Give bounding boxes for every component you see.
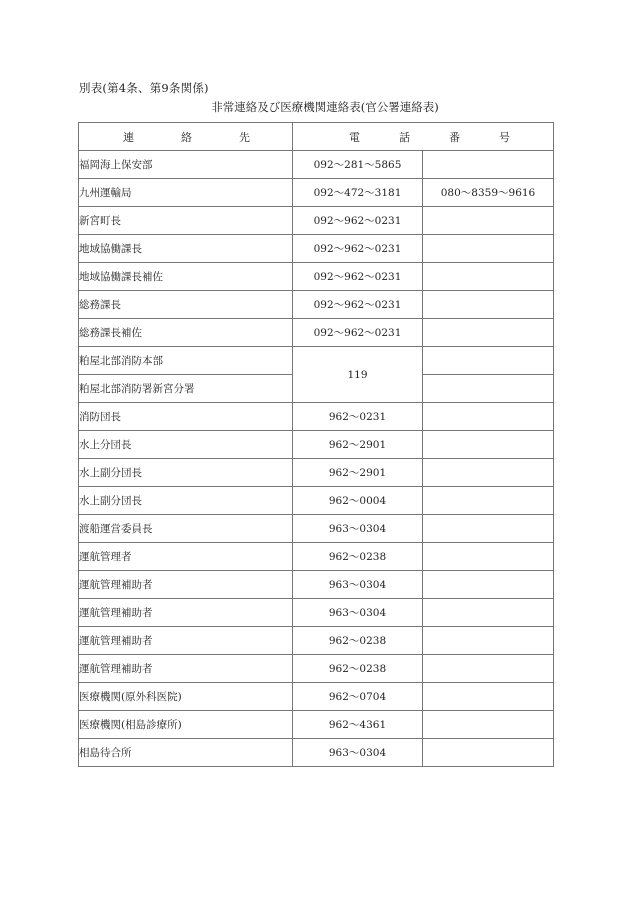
phone-number-alt: [423, 459, 554, 487]
header-contact: 連 絡 先: [79, 123, 293, 151]
phone-number: 092～962～0231: [293, 291, 423, 319]
contact-name: 医療機関(原外科医院): [79, 683, 293, 711]
phone-number: 962～0238: [293, 627, 423, 655]
phone-number: 092～962～0231: [293, 319, 423, 347]
phone-number: 962～0238: [293, 543, 423, 571]
table-row: 運航管理補助者 962～0238: [79, 655, 554, 683]
phone-number-alt: [423, 151, 554, 179]
phone-number: 962～2901: [293, 431, 423, 459]
phone-number-alt: [423, 291, 554, 319]
table-row: 運航管理補助者 962～0238: [79, 627, 554, 655]
phone-number: 963～0304: [293, 571, 423, 599]
contact-name: 地域協働課長補佐: [79, 263, 293, 291]
phone-number-merged: 119: [293, 347, 423, 403]
table-row: 運航管理補助者 963～0304: [79, 571, 554, 599]
header-contact-char: 連: [123, 129, 134, 145]
phone-number-alt: [423, 739, 554, 767]
header-contact-char: 絡: [181, 129, 192, 145]
contact-name: 運航管理補助者: [79, 627, 293, 655]
phone-number-alt: [423, 655, 554, 683]
contact-name: 九州運輸局: [79, 179, 293, 207]
contact-name: 水上副分団長: [79, 459, 293, 487]
contact-name: 総務課長: [79, 291, 293, 319]
contact-name: 渡船運営委員長: [79, 515, 293, 543]
phone-number-alt: [423, 487, 554, 515]
table-row: 総務課長 092～962～0231: [79, 291, 554, 319]
phone-number-alt: [423, 571, 554, 599]
table-row: 運航管理者 962～0238: [79, 543, 554, 571]
header-row: 連 絡 先 電 話 番 号: [79, 123, 554, 151]
table-row: 医療機関(相島診療所) 962～4361: [79, 711, 554, 739]
contact-name: 消防団長: [79, 403, 293, 431]
table-row: 水上副分団長 962～0004: [79, 487, 554, 515]
header-phone-char: 番: [449, 129, 460, 145]
document-title: 非常連絡及び医療機関連絡表(官公署連絡表): [0, 99, 630, 115]
table-row: 福岡海上保安部 092～281～5865: [79, 151, 554, 179]
contact-name: 粕屋北部消防署新宮分署: [79, 375, 293, 403]
phone-number-alt: [423, 319, 554, 347]
phone-number-alt: [423, 207, 554, 235]
table-row: 粕屋北部消防本部 119: [79, 347, 554, 375]
phone-number-alt: [423, 599, 554, 627]
title-text: 非常連絡及び医療機関連絡表(官公署連絡表): [211, 99, 438, 115]
contact-name: 相島待合所: [79, 739, 293, 767]
table-row: 医療機関(原外科医院) 962～0704: [79, 683, 554, 711]
table-row: 相島待合所 963～0304: [79, 739, 554, 767]
phone-number: 092～962～0231: [293, 263, 423, 291]
header-phone-char: 話: [399, 129, 410, 145]
phone-number: 963～0304: [293, 599, 423, 627]
header-phone-char: 電: [349, 129, 360, 145]
contact-table: 連 絡 先 電 話 番 号 福岡海上保安部 092～281～5865 九州運輸局: [78, 122, 554, 767]
table-row: 地域協働課長 092～962～0231: [79, 235, 554, 263]
phone-number-alt: [423, 431, 554, 459]
contact-name: 運航管理補助者: [79, 655, 293, 683]
table-row: 渡船運営委員長 963～0304: [79, 515, 554, 543]
phone-number-alt: [423, 375, 554, 403]
phone-number: 092～962～0231: [293, 235, 423, 263]
contact-name: 総務課長補佐: [79, 319, 293, 347]
phone-number: 962～0238: [293, 655, 423, 683]
contact-name: 水上分団長: [79, 431, 293, 459]
header-phone: 電 話 番 号: [293, 123, 554, 151]
contact-name: 福岡海上保安部: [79, 151, 293, 179]
contact-name: 運航管理補助者: [79, 571, 293, 599]
phone-number-alt: [423, 515, 554, 543]
phone-number: 962～0004: [293, 487, 423, 515]
table-row: 新宮町長 092～962～0231: [79, 207, 554, 235]
phone-number: 962～0231: [293, 403, 423, 431]
document-caption: 別表(第4条、第9条関係): [79, 80, 209, 96]
contact-name: 水上副分団長: [79, 487, 293, 515]
phone-number: 962～4361: [293, 711, 423, 739]
phone-number: 963～0304: [293, 515, 423, 543]
table-row: 水上副分団長 962～2901: [79, 459, 554, 487]
phone-number-alt: [423, 627, 554, 655]
contact-name: 運航管理者: [79, 543, 293, 571]
contact-name: 運航管理補助者: [79, 599, 293, 627]
phone-number-alt: [423, 235, 554, 263]
phone-number-alt: 080～8359～9616: [423, 179, 554, 207]
contact-name: 地域協働課長: [79, 235, 293, 263]
phone-number: 092～281～5865: [293, 151, 423, 179]
phone-number-alt: [423, 403, 554, 431]
phone-number: 962～0704: [293, 683, 423, 711]
table-row: 総務課長補佐 092～962～0231: [79, 319, 554, 347]
phone-number-alt: [423, 347, 554, 375]
phone-number-alt: [423, 683, 554, 711]
contact-name: 粕屋北部消防本部: [79, 347, 293, 375]
table-row: 地域協働課長補佐 092～962～0231: [79, 263, 554, 291]
header-contact-char: 先: [239, 129, 250, 145]
table-row: 九州運輸局 092～472～3181 080～8359～9616: [79, 179, 554, 207]
phone-number-alt: [423, 711, 554, 739]
phone-number-alt: [423, 263, 554, 291]
phone-number-alt: [423, 543, 554, 571]
contact-name: 医療機関(相島診療所): [79, 711, 293, 739]
contact-name: 新宮町長: [79, 207, 293, 235]
header-phone-char: 号: [499, 129, 510, 145]
table-row: 運航管理補助者 963～0304: [79, 599, 554, 627]
table-row: 水上分団長 962～2901: [79, 431, 554, 459]
phone-number: 092～472～3181: [293, 179, 423, 207]
phone-number: 092～962～0231: [293, 207, 423, 235]
phone-number: 962～2901: [293, 459, 423, 487]
phone-number: 963～0304: [293, 739, 423, 767]
table-row: 消防団長 962～0231: [79, 403, 554, 431]
